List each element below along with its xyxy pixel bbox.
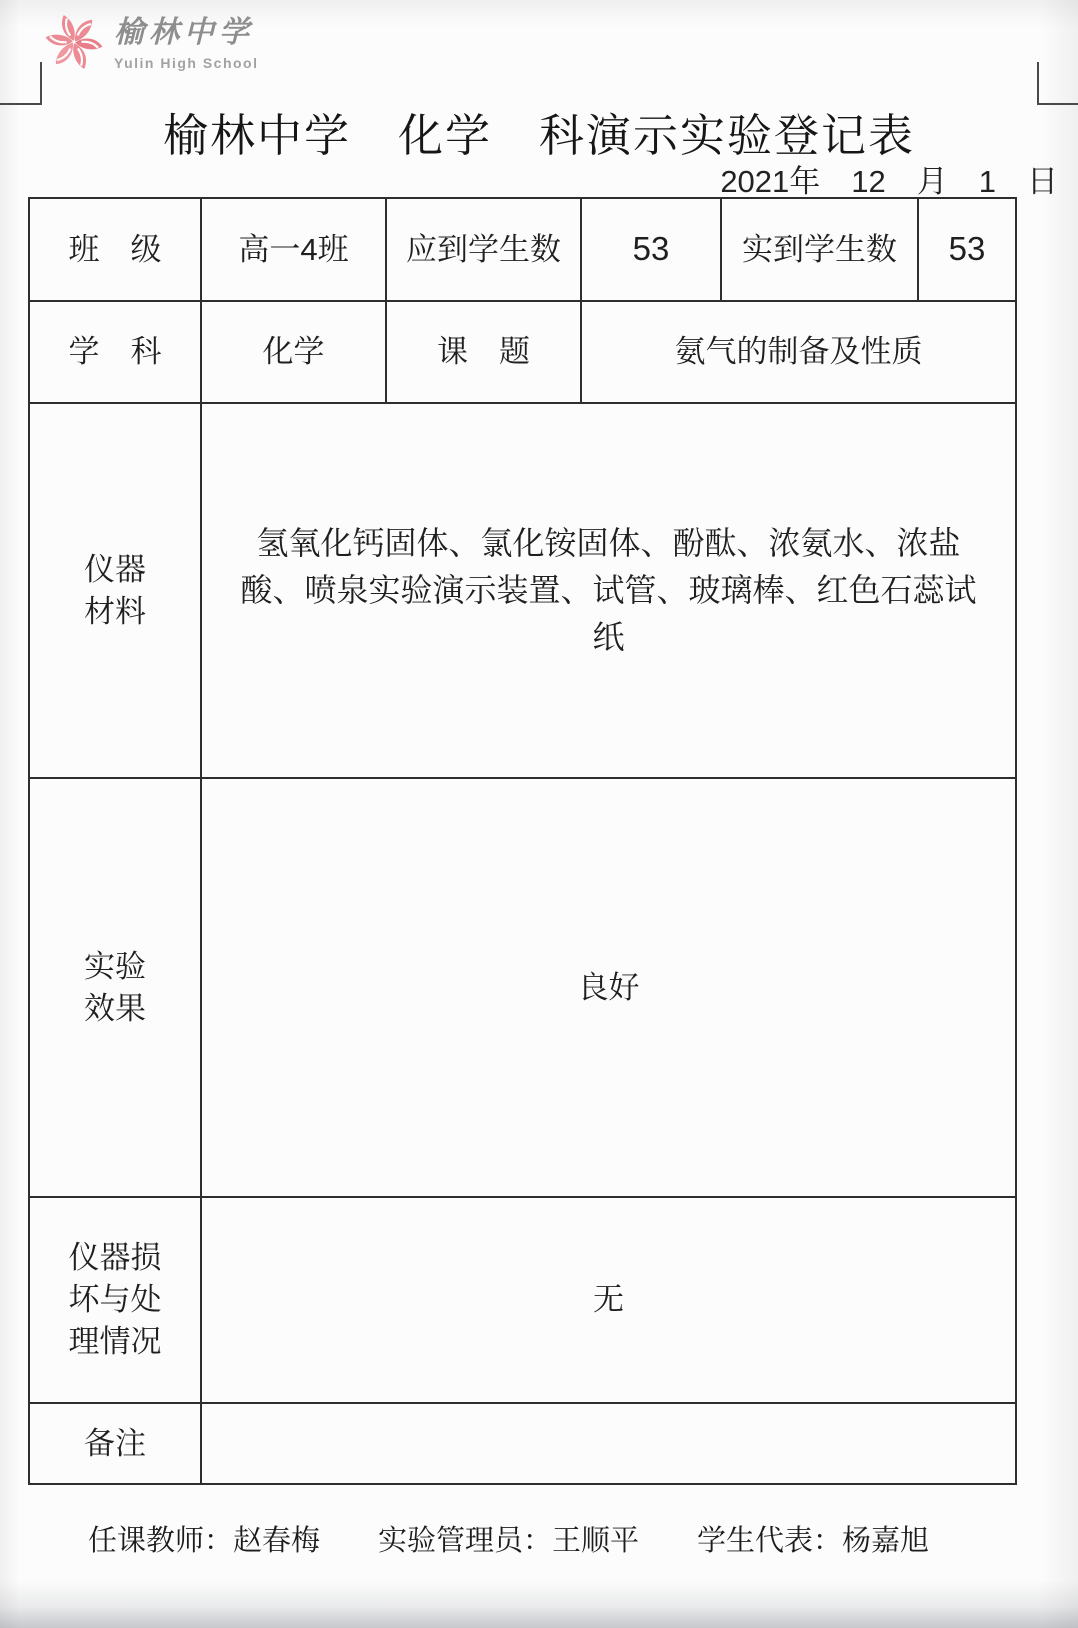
scanned-form-page: 榆林中学 Yulin High School 榆林中学 化学 科演示实验登记表 … [0,0,1078,1628]
flower-pinwheel-icon [42,10,106,74]
remarks-value-cell [202,1404,1015,1483]
subject-value-cell: 化学 [202,302,387,404]
topic-value-cell: 氨气的制备及性质 [582,302,1015,404]
form-title: 榆林中学 化学 科演示实验登记表 [0,99,1078,164]
lab-manager-signature: 实验管理员：王顺平 [378,1518,639,1559]
topic-label-cell: 课 题 [387,302,582,404]
expected-students-value-cell: 53 [582,199,722,302]
school-logo-text: 榆林中学 Yulin High School [114,10,259,71]
damage-value-cell: 无 [202,1198,1015,1404]
subject-label-cell: 学 科 [30,302,202,404]
school-name-cn: 榆林中学 [114,18,259,48]
materials-value-cell: 氢氧化钙固体、氯化铵固体、酚酞、浓氨水、浓盐酸、喷泉实验演示装置、试管、玻璃棒、… [202,404,1015,779]
teacher-signature: 任课教师：赵春梅 [88,1518,320,1559]
actual-students-value-cell: 53 [919,199,1015,302]
class-label-cell: 班 级 [30,199,202,302]
materials-label-cell: 仪器 材料 [30,404,202,779]
remarks-label-cell: 备注 [30,1404,202,1483]
result-label-cell: 实验 效果 [30,779,202,1198]
damage-label-cell: 仪器损 坏与处 理情况 [30,1198,202,1404]
school-logo: 榆林中学 Yulin High School [42,10,259,74]
actual-students-label-cell: 实到学生数 [722,199,919,302]
experiment-registration-table: 班 级 高一4班 应到学生数 53 实到学生数 53 学 科 化学 课 题 氨气… [28,197,1017,1485]
expected-students-label-cell: 应到学生数 [387,199,582,302]
result-value-cell: 良好 [202,779,1015,1198]
school-name-en: Yulin High School [114,55,259,71]
signature-line: 任课教师：赵春梅 实验管理员：王顺平 学生代表：杨嘉旭 [88,1518,929,1559]
student-rep-signature: 学生代表：杨嘉旭 [697,1518,929,1559]
class-value-cell: 高一4班 [202,199,387,302]
form-date: 2021年 12 月 1 日 [720,156,1058,201]
